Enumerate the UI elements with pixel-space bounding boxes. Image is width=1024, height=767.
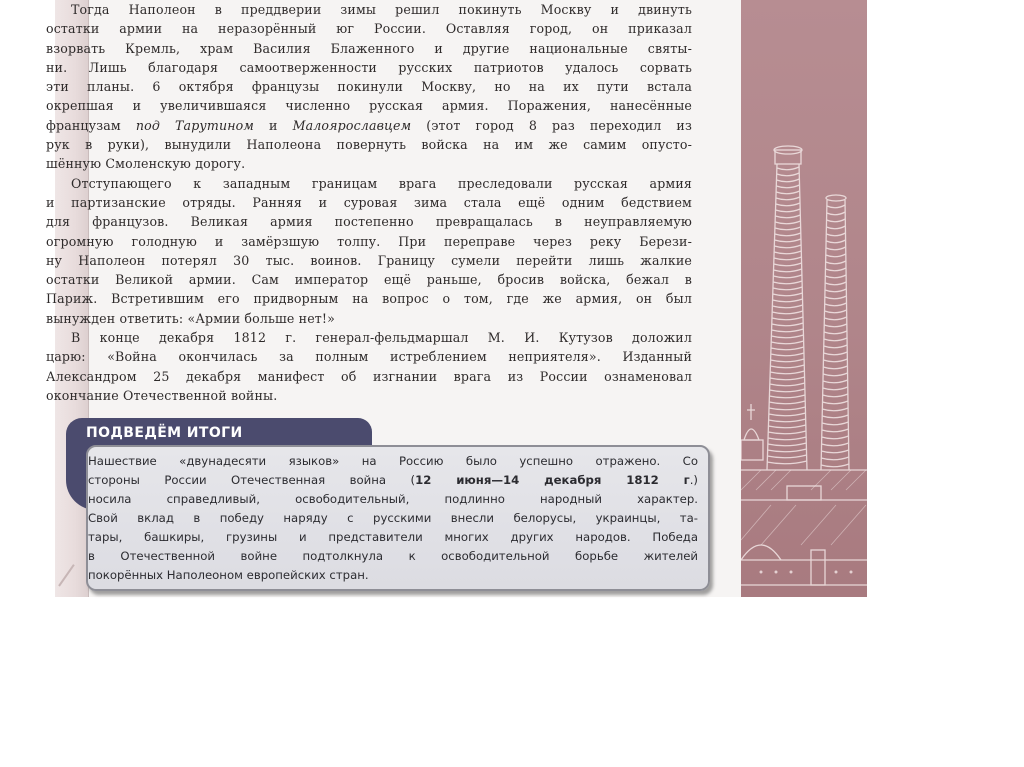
- text-line: царю: «Война окончилась за полным истреб…: [46, 347, 692, 366]
- text-fragment: .): [690, 473, 698, 487]
- text-line: окрепшая и увеличившаяся численно русска…: [46, 96, 692, 115]
- text-line: Александром 25 декабря манифест об изгна…: [46, 367, 692, 386]
- summary-line: в Отечественной войне подтолкнула к осво…: [88, 547, 698, 566]
- paragraph-2: Отступающего к западным границам врага п…: [46, 174, 692, 328]
- text-line: рук в руки), вынудили Наполеона повернут…: [46, 135, 692, 154]
- summary-line: покорённых Наполеоном европейских стран.: [88, 566, 698, 585]
- summary-title: ПОДВЕДЁМ ИТОГИ: [86, 425, 243, 441]
- text-line: эти планы. 6 октября французы покинули М…: [46, 77, 692, 96]
- text-line: шённую Смоленскую дорогу.: [46, 154, 692, 173]
- text-line: вынужден ответить: «Армии больше нет!»: [46, 309, 692, 328]
- summary-line: стороны России Отечественная война (12 и…: [88, 471, 698, 490]
- text-line: ни. Лишь благодаря самоотверженности рус…: [46, 58, 692, 77]
- text-fragment: стороны России Отечественная война (: [88, 473, 415, 487]
- summary-line: Свой вклад в победу наряду с русскими вн…: [88, 509, 698, 528]
- text-line: остатки Великой армии. Сам император ещё…: [46, 270, 692, 289]
- italic-term-maloyaroslavets: Малоярославцем: [293, 118, 412, 133]
- text-line: ну Наполеон потерял 30 тыс. воинов. Гран…: [46, 251, 692, 270]
- summary-line: тары, башкиры, грузины и представители м…: [88, 528, 698, 547]
- decorative-side-illustration: [741, 0, 867, 597]
- text-line: взорвать Кремль, храм Василия Блаженного…: [46, 39, 692, 58]
- text-line: окончание Отечественной войны.: [46, 386, 692, 405]
- text-line: Отступающего к западным границам врага п…: [46, 174, 692, 193]
- text-line: Тогда Наполеон в преддверии зимы решил п…: [46, 0, 692, 19]
- text-line: огромную голодную и замёрзшую толпу. При…: [46, 232, 692, 251]
- text-line: французам под Тарутином и Малоярославцем…: [46, 116, 692, 135]
- text-line: остатки армии на неразорённый юг России.…: [46, 19, 692, 38]
- text-line: В конце декабря 1812 г. генерал-фельдмар…: [46, 328, 692, 347]
- text-fragment: французам: [46, 118, 136, 133]
- paragraph-3: В конце декабря 1812 г. генерал-фельдмар…: [46, 328, 692, 405]
- summary-line: носила справедливый, освободительный, по…: [88, 490, 698, 509]
- text-line: для французов. Великая армия постепенно …: [46, 212, 692, 231]
- war-dates: 12 июня—14 декабря 1812 г: [415, 473, 690, 487]
- paragraph-1: Тогда Наполеон в преддверии зимы решил п…: [46, 0, 692, 174]
- text-fragment: (этот город 8 раз переходил из: [411, 118, 692, 133]
- main-text: Тогда Наполеон в преддверии зимы решил п…: [46, 0, 692, 405]
- italic-term-tarutino: под Тарутином: [136, 118, 254, 133]
- summary-text: Нашествие «двунадесяти языков» на Россию…: [88, 452, 698, 585]
- text-fragment: и: [254, 118, 293, 133]
- text-line: и партизанские отряды. Ранняя и суровая …: [46, 193, 692, 212]
- summary-line: Нашествие «двунадесяти языков» на Россию…: [88, 452, 698, 471]
- text-line: Париж. Встретившим его придворным на воп…: [46, 289, 692, 308]
- factory-chimneys-illustration: [741, 0, 867, 597]
